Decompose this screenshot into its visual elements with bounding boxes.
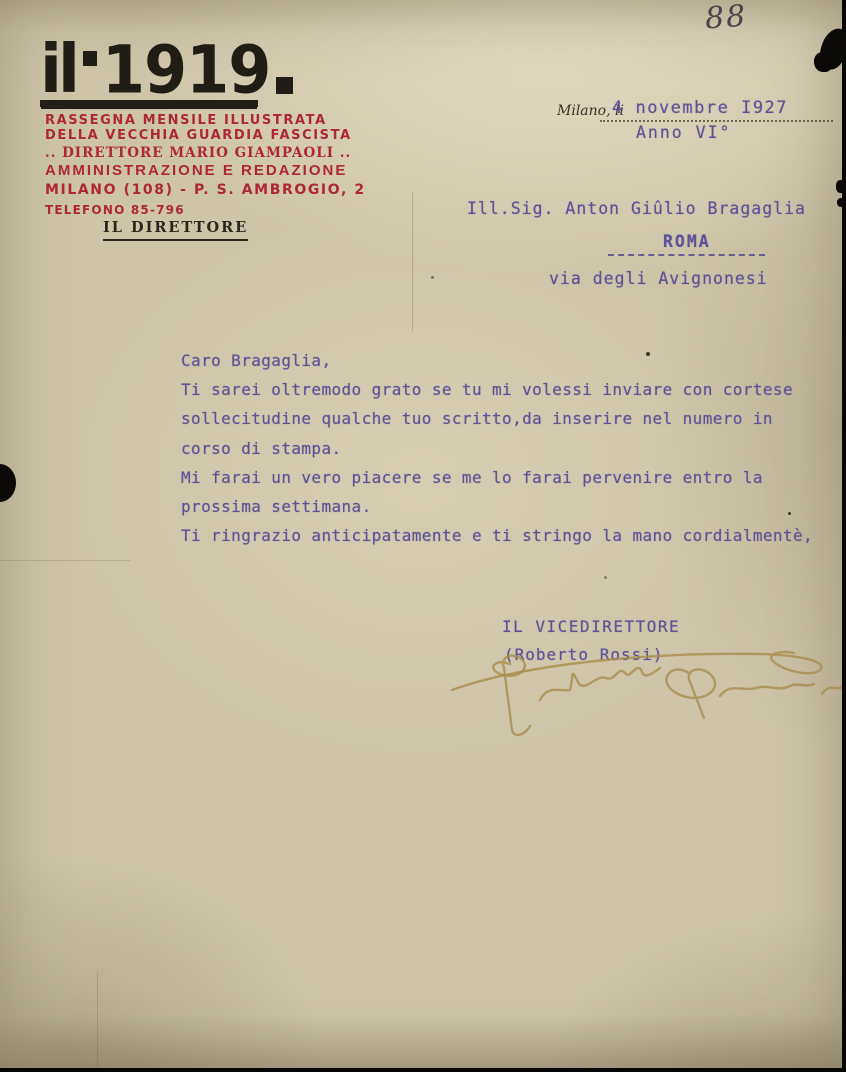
paper-speck — [788, 512, 791, 515]
body-line: Ti sarei oltremodo grato se tu mi voless… — [181, 375, 813, 404]
logo-year: 1919 — [102, 42, 271, 97]
magazine-logo-text: il 1919 — [40, 38, 293, 96]
scan-background-right-edge — [842, 0, 846, 1072]
letterhead-address-line: MILANO (108) - P. S. AMBROGIO, 2 — [45, 182, 366, 198]
magazine-logo: il 1919 — [40, 38, 293, 107]
right-edge-ink-mark — [836, 180, 846, 193]
letterhead-tagline-1: RASSEGNA MENSILE ILLUSTRATA — [45, 113, 327, 128]
right-edge-ink-blot — [814, 52, 832, 72]
body-line: Mi farai un vero piacere se me lo farai … — [181, 463, 813, 492]
body-line: corso di stampa. — [181, 434, 813, 463]
paper-speck — [604, 576, 607, 579]
logo-apostrophe-block — [83, 51, 97, 66]
paper-crease — [0, 560, 130, 561]
typed-date: 4 novembre I927 — [612, 98, 788, 118]
logo-period-block — [276, 77, 293, 94]
paper-crease — [412, 192, 413, 332]
letterhead-director-line: .. DIRETTORE MARIO GIAMPAOLI .. — [45, 145, 351, 161]
paper-speck — [646, 352, 650, 356]
scanned-letter-page: 88 il 1919 RASSEGNA MENSILE ILLUSTRATA D… — [0, 0, 846, 1072]
letterhead-telephone-line: TELEFONO 85-796 — [45, 203, 185, 217]
body-line: prossima settimana. — [181, 492, 813, 521]
body-line: sollecitudine qualche tuo scritto,da ins… — [181, 404, 813, 433]
logo-word: il — [40, 43, 76, 97]
recipient-city-underline — [608, 240, 765, 256]
right-edge-ink-mark — [837, 198, 846, 207]
archive-number-pencil-annotation: 88 — [704, 0, 749, 36]
left-edge-ink-mark — [0, 464, 16, 502]
letterhead-tagline-2: DELLA VECCHIA GUARDIA FASCISTA — [45, 128, 352, 143]
typed-anno-line: Anno VI° — [636, 123, 731, 142]
director-label: IL DIRETTORE — [103, 219, 248, 241]
letterhead-administration-line: AMMINISTRAZIONE E REDAZIONE — [45, 162, 347, 179]
scan-background-bottom-edge — [0, 1068, 846, 1072]
body-line: Ti ringrazio anticipatamente e ti string… — [181, 521, 813, 550]
body-line: Caro Bragaglia, — [181, 346, 813, 375]
letter-paper: 88 il 1919 RASSEGNA MENSILE ILLUSTRATA D… — [0, 0, 842, 1068]
recipient-street-line: via degli Avignonesi — [549, 269, 768, 288]
handwritten-signature — [428, 618, 846, 768]
paper-speck — [431, 276, 434, 279]
recipient-name-line: Ill.Sig. Anton Giûlio Bragaglia — [467, 199, 806, 218]
paper-crease — [97, 972, 98, 1068]
letter-body: Caro Bragaglia, Ti sarei oltremodo grato… — [181, 346, 813, 550]
